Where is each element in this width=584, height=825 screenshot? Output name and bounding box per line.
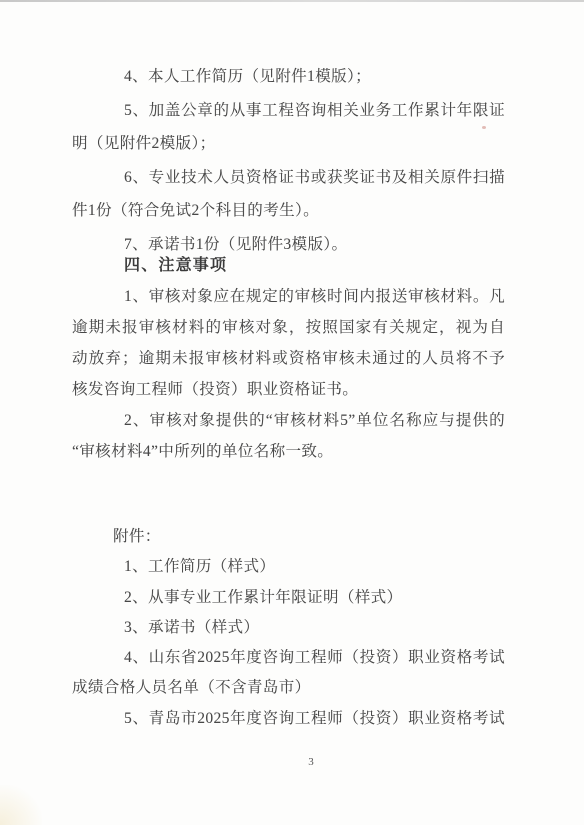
scan-top-edge-artifact (0, 0, 584, 2)
doc-line: 明（见附件2模版）； (72, 127, 505, 161)
attachments-list: 附件：1、工作简历（样式）2、从事专业工作累计年限证明（样式）3、承诺书（样式）… (72, 522, 505, 734)
doc-line: 1、工作简历（样式） (72, 552, 505, 582)
doc-line: 4、山东省2025年度咨询工程师（投资）职业资格考试 (72, 643, 505, 673)
doc-line: 2、审核对象提供的“审核材料5”单位名称应与提供的 (72, 405, 505, 436)
doc-line: 1、审核对象应在规定的审核时间内报送审核材料。凡 (72, 281, 505, 312)
doc-line: 2、从事专业工作累计年限证明（样式） (72, 583, 505, 613)
doc-line: 4、本人工作简历（见附件1模版）； (72, 60, 505, 94)
doc-line: 附件： (72, 522, 505, 552)
section-heading: 四、注意事项 (72, 250, 505, 281)
doc-line: 6、专业技术人员资格证书或获奖证书及相关原件扫描 (72, 161, 505, 195)
doc-line: “审核材料4”中所列的单位名称一致。 (72, 436, 505, 467)
page-number: 3 (296, 756, 326, 768)
doc-line: 动放弃；逾期未报审核材料或资格审核未通过的人员将不予 (72, 343, 505, 374)
scan-speck-artifact (482, 126, 486, 129)
doc-line: 逾期未报审核材料的审核对象，按照国家有关规定，视为自 (72, 312, 505, 343)
notes-section: 四、注意事项1、审核对象应在规定的审核时间内报送审核材料。凡逾期未报审核材料的审… (72, 250, 505, 467)
doc-line: 3、承诺书（样式） (72, 613, 505, 643)
doc-line: 件1份（符合免试2个科目的考生）。 (72, 194, 505, 228)
scan-corner-artifact (0, 785, 42, 825)
doc-line: 5、青岛市2025年度咨询工程师（投资）职业资格考试 (72, 704, 505, 734)
doc-line: 核发咨询工程师（投资）职业资格证书。 (72, 374, 505, 405)
scanned-document-page: 4、本人工作简历（见附件1模版）；5、加盖公章的从事工程咨询相关业务工作累计年限… (0, 0, 584, 825)
doc-line: 5、加盖公章的从事工程咨询相关业务工作累计年限证 (72, 94, 505, 128)
materials-list-continued: 4、本人工作简历（见附件1模版）；5、加盖公章的从事工程咨询相关业务工作累计年限… (72, 60, 505, 261)
doc-line: 成绩合格人员名单（不含青岛市） (72, 673, 505, 703)
